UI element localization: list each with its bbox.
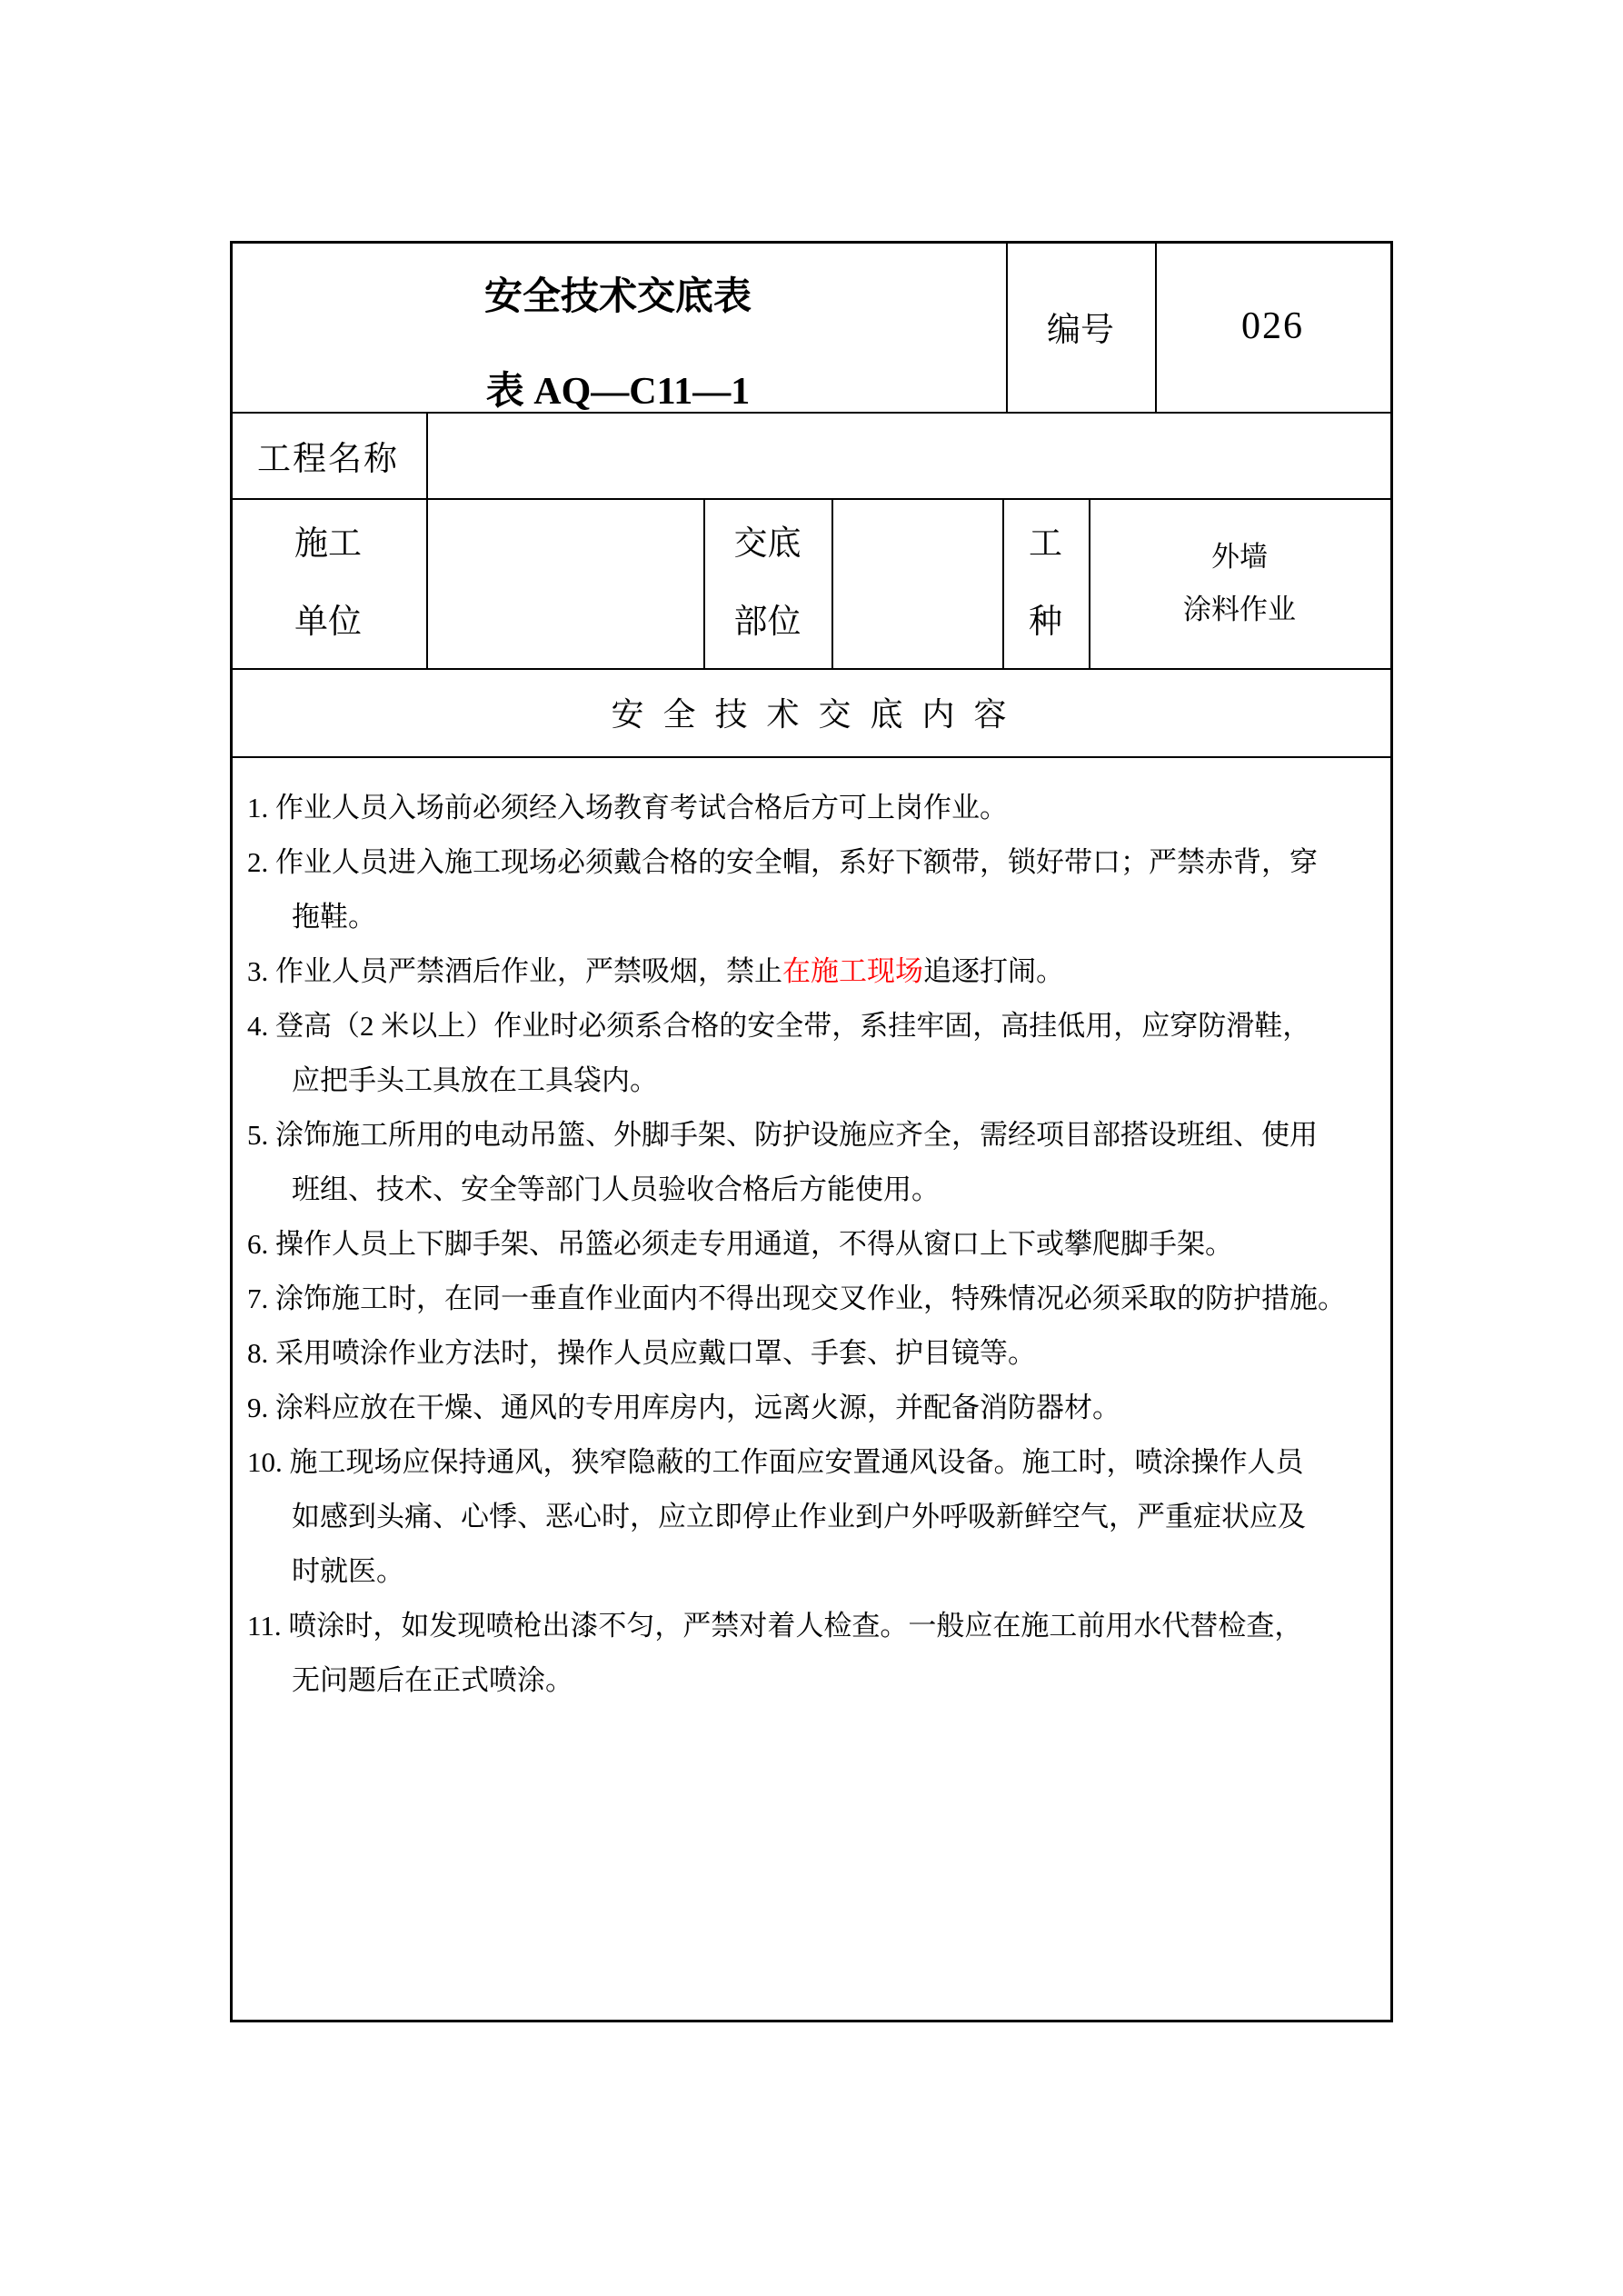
construction-unit-label-line1: 施工 (294, 505, 362, 584)
disclosure-part-label-line1: 交底 (734, 505, 802, 584)
content-line: 2. 作业人员进入施工现场必须戴合格的安全帽，系好下额带，锁好带口；严禁赤背，穿 (230, 835, 1393, 890)
number-value: 026 (1155, 241, 1390, 412)
content-text: 8. 采用喷涂作业方法时，操作人员应戴口罩、手套、护目镜等。 (247, 1337, 1036, 1369)
work-type-label-line2: 种 (1029, 584, 1062, 662)
content-line: 无问题后在正式喷涂。 (230, 1653, 1393, 1708)
content-text: 无问题后在正式喷涂。 (292, 1664, 573, 1696)
content-line: 班组、技术、安全等部门人员验收合格后方能使用。 (230, 1163, 1393, 1217)
work-type-value: 外墙 涂料作业 (1089, 498, 1390, 668)
disclosure-part-value (831, 498, 1002, 668)
content-line: 9. 涂料应放在干燥、通风的专用库房内，远离火源，并配备消防器材。 (230, 1381, 1393, 1435)
form-title-line1: 安全技术交底表 (484, 250, 752, 344)
content-text: 时就医。 (292, 1555, 404, 1587)
document-page: 安全技术交底表 表 AQ—C11—1 编号 026 工程名称 施工 单位 交底 … (0, 0, 1623, 2296)
content-line: 6. 操作人员上下脚手架、吊篮必须走专用通道，不得从窗口上下或攀爬脚手架。 (230, 1217, 1393, 1272)
table-border-bottom (230, 2020, 1393, 2022)
content-text: 5. 涂饰施工所用的电动吊篮、外脚手架、防护设施应齐全，需经项目部搭设班组、使用 (247, 1119, 1318, 1151)
content-text: 应把手头工具放在工具袋内。 (292, 1064, 658, 1096)
content-line: 1. 作业人员入场前必须经入场教育考试合格后方可上岗作业。 (230, 781, 1393, 835)
project-name-value (426, 412, 1390, 498)
content-line: 时就医。 (230, 1544, 1393, 1599)
content-line: 如感到头痛、心悸、恶心时，应立即停止作业到户外呼吸新鲜空气，严重症状应及 (230, 1490, 1393, 1544)
content-text: 拖鞋。 (292, 901, 376, 933)
form-title: 安全技术交底表 表 AQ—C11—1 (230, 241, 1006, 412)
disclosure-part-label-line2: 部位 (734, 584, 802, 662)
content-line: 10. 施工现场应保持通风，狭窄隐蔽的工作面应安置通风设备。施工时，喷涂操作人员 (230, 1435, 1393, 1490)
number-label: 编号 (1006, 241, 1155, 412)
content-line: 11. 喷涂时，如发现喷枪出漆不匀，严禁对着人检查。一般应在施工前用水代替检查， (230, 1599, 1393, 1653)
disclosure-part-label: 交底 部位 (703, 498, 831, 668)
content-text: 3. 作业人员严禁酒后作业，严禁吸烟，禁止 (247, 955, 782, 987)
content-text: 1. 作业人员入场前必须经入场教育考试合格后方可上岗作业。 (247, 792, 1008, 824)
content-line: 4. 登高（2 米以上）作业时必须系合格的安全带，系挂牢固，高挂低用，应穿防滑鞋… (230, 999, 1393, 1053)
content-line: 3. 作业人员严禁酒后作业，严禁吸烟，禁止在施工现场追逐打闹。 (230, 944, 1393, 999)
content-text: 10. 施工现场应保持通风，狭窄隐蔽的工作面应安置通风设备。施工时，喷涂操作人员 (247, 1446, 1304, 1478)
content-text: 班组、技术、安全等部门人员验收合格后方能使用。 (292, 1173, 940, 1205)
content-lines: 1. 作业人员入场前必须经入场教育考试合格后方可上岗作业。2. 作业人员进入施工… (230, 756, 1393, 2020)
section-header: 安 全 技 术 交 底 内 容 (230, 668, 1393, 756)
construction-unit-value (426, 498, 703, 668)
content-text: 如感到头痛、心悸、恶心时，应立即停止作业到户外呼吸新鲜空气，严重症状应及 (292, 1501, 1306, 1532)
content-line: 5. 涂饰施工所用的电动吊篮、外脚手架、防护设施应齐全，需经项目部搭设班组、使用 (230, 1108, 1393, 1163)
content-text: 7. 涂饰施工时，在同一垂直作业面内不得出现交叉作业，特殊情况必须采取的防护措施… (247, 1283, 1346, 1314)
content-text: 追逐打闹。 (923, 955, 1064, 987)
project-name-label: 工程名称 (230, 412, 426, 498)
content-text: 9. 涂料应放在干燥、通风的专用库房内，远离火源，并配备消防器材。 (247, 1392, 1120, 1423)
work-type-label-line1: 工 (1029, 505, 1062, 584)
content-line: 8. 采用喷涂作业方法时，操作人员应戴口罩、手套、护目镜等。 (230, 1326, 1393, 1381)
content-text: 2. 作业人员进入施工现场必须戴合格的安全帽，系好下额带，锁好带口；严禁赤背，穿 (247, 846, 1318, 878)
highlighted-red-text: 在施工现场 (782, 955, 923, 987)
content-line: 7. 涂饰施工时，在同一垂直作业面内不得出现交叉作业，特殊情况必须采取的防护措施… (230, 1272, 1393, 1326)
work-type-value-line1: 外墙 (1211, 531, 1268, 584)
content-text: 6. 操作人员上下脚手架、吊篮必须走专用通道，不得从窗口上下或攀爬脚手架。 (247, 1228, 1233, 1260)
content-line: 应把手头工具放在工具袋内。 (230, 1053, 1393, 1108)
work-type-value-line2: 涂料作业 (1183, 584, 1296, 636)
content-line: 拖鞋。 (230, 890, 1393, 944)
work-type-label: 工 种 (1002, 498, 1089, 668)
construction-unit-label-line2: 单位 (294, 584, 362, 662)
content-text: 11. 喷涂时，如发现喷枪出漆不匀，严禁对着人检查。一般应在施工前用水代替检查， (247, 1610, 1302, 1642)
construction-unit-label: 施工 单位 (230, 498, 426, 668)
content-text: 4. 登高（2 米以上）作业时必须系合格的安全带，系挂牢固，高挂低用，应穿防滑鞋… (247, 1010, 1310, 1042)
